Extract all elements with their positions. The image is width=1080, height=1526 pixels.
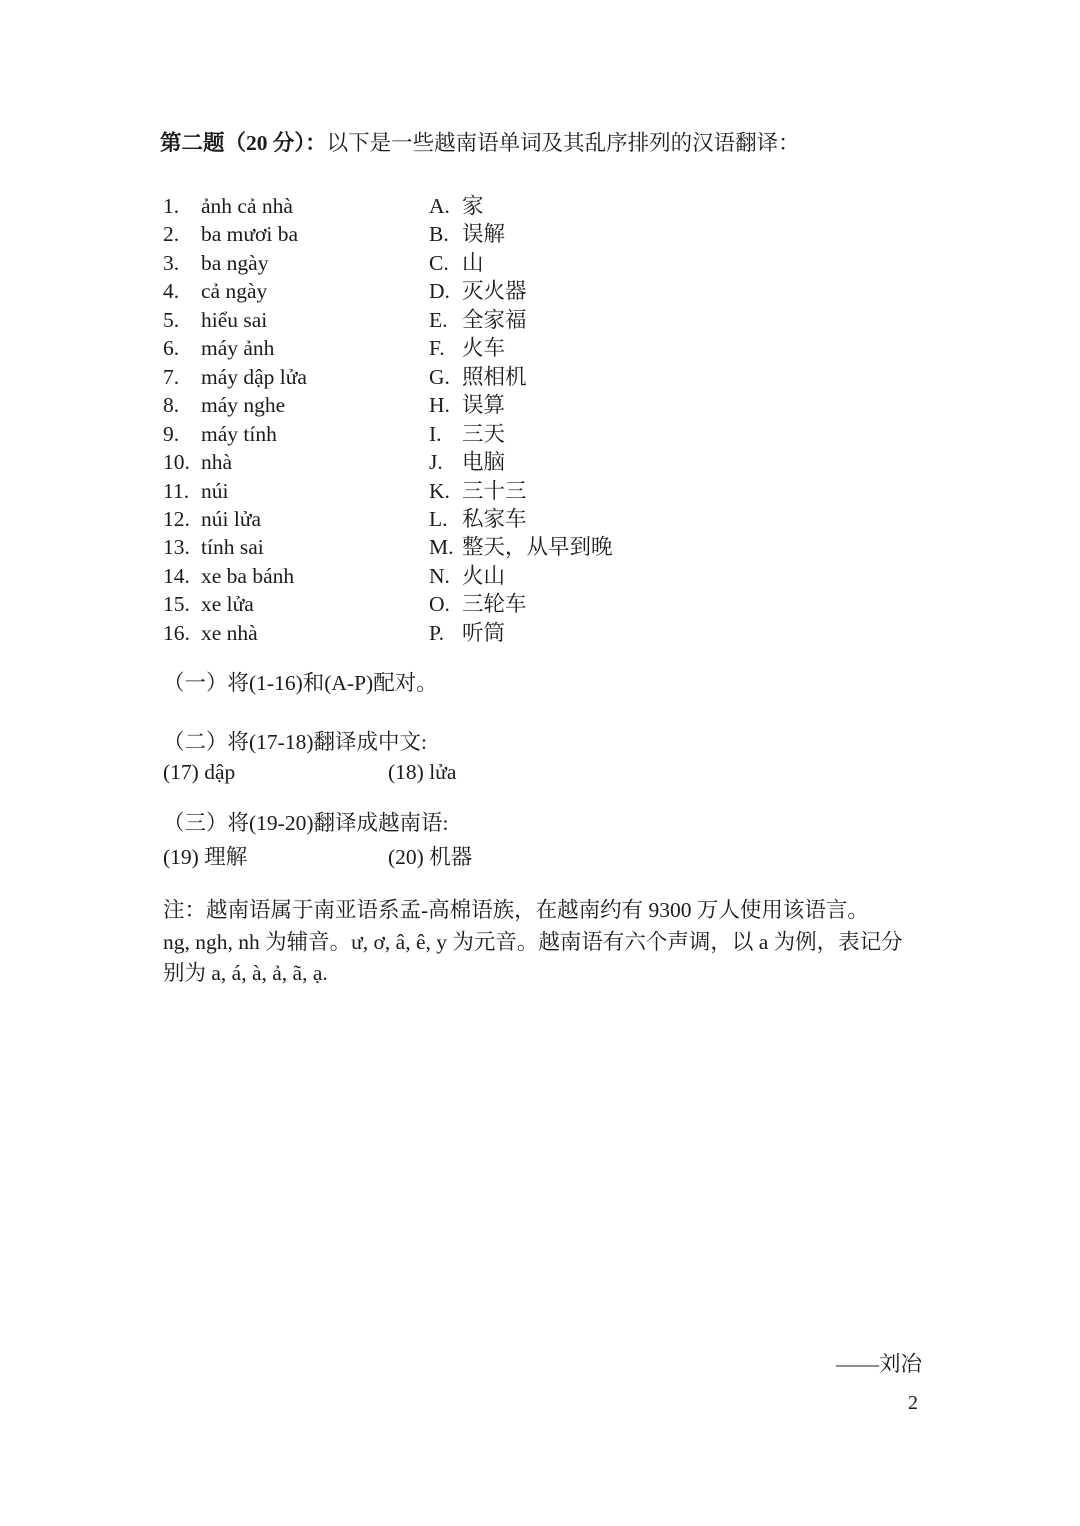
question-20: (20) 机器 [388,845,472,869]
vocab-chinese: 误算 [462,391,505,419]
vocab-letter: G. [429,363,462,391]
vocab-vietnamese: núi [201,477,429,505]
vocab-letter: P. [429,619,462,647]
vocab-row: 2.ba mươi baB.误解 [163,220,943,248]
vocab-chinese: 火车 [462,334,505,362]
vocab-number: 14. [163,562,201,590]
vocab-number: 1. [163,192,201,220]
document-page: 第二题（20 分）：以下是一些越南语单词及其乱序排列的汉语翻译： 1.ảnh c… [0,0,1080,1526]
vocab-number: 12. [163,505,201,533]
vocab-vietnamese: máy dập lửa [201,363,429,391]
vocab-letter: A. [429,192,462,220]
vocab-chinese: 家 [462,192,484,220]
page-number: 2 [908,1392,918,1415]
section-part3-heading: （三）将(19-20)翻译成越南语: [163,808,448,838]
question-title-text: 以下是一些越南语单词及其乱序排列的汉语翻译： [327,131,800,155]
vocab-vietnamese: nhà [201,448,429,476]
vocab-row: 15.xe lửaO.三轮车 [163,590,943,618]
vocab-vietnamese: núi lửa [201,505,429,533]
question-title: 第二题（20 分）：以下是一些越南语单词及其乱序排列的汉语翻译： [160,128,800,158]
vocab-row: 1.ảnh cả nhàA.家 [163,192,943,220]
vocab-vietnamese: máy nghe [201,391,429,419]
vocab-chinese: 电脑 [462,448,505,476]
vocab-letter: C. [429,249,462,277]
vocab-chinese: 火山 [462,562,505,590]
questions-17-18: (17) dập(18) lửa [163,757,456,787]
vocab-number: 2. [163,220,201,248]
vocab-row: 7.máy dập lửaG.照相机 [163,363,943,391]
question-19: (19) 理解 [163,842,388,872]
vocab-vietnamese: cả ngày [201,277,429,305]
vocab-row: 6.máy ảnhF.火车 [163,334,943,362]
questions-19-20: (19) 理解(20) 机器 [163,842,472,872]
vocab-chinese: 整天，从早到晚 [462,533,613,561]
vocab-letter: M. [429,533,462,561]
vocab-number: 7. [163,363,201,391]
vocab-vietnamese: ba ngày [201,249,429,277]
vocab-number: 9. [163,420,201,448]
vocab-letter: I. [429,420,462,448]
footnote-line-3: 别为 a, á, à, ả, ã, ạ. [163,958,903,990]
vocab-vietnamese: ảnh cả nhà [201,192,429,220]
vocab-row: 4.cả ngàyD.灭火器 [163,277,943,305]
vocab-vietnamese: hiểu sai [201,306,429,334]
vocab-chinese: 全家福 [462,306,527,334]
vocab-chinese: 三天 [462,420,505,448]
vocab-row: 14.xe ba bánhN.火山 [163,562,943,590]
vocab-list: 1.ảnh cả nhàA.家 2.ba mươi baB.误解 3.ba ng… [163,192,943,647]
vocab-letter: E. [429,306,462,334]
question-title-number: 第二题（20 分）： [160,131,327,155]
vocab-letter: N. [429,562,462,590]
vocab-vietnamese: xe ba bánh [201,562,429,590]
footnote-line-2: ng, ngh, nh 为辅音。ư, ơ, â, ê, y 为元音。越南语有六个… [163,927,903,959]
vocab-number: 11. [163,477,201,505]
vocab-row: 13.tính saiM.整天，从早到晚 [163,533,943,561]
vocab-number: 15. [163,590,201,618]
question-17: (17) dập [163,757,388,787]
vocab-chinese: 误解 [462,220,505,248]
footnote-line-1: 注：越南语属于南亚语系孟-高棉语族，在越南约有 9300 万人使用该语言。 [163,895,903,927]
vocab-chinese: 山 [462,249,484,277]
vocab-row: 3.ba ngàyC.山 [163,249,943,277]
vocab-number: 3. [163,249,201,277]
vocab-number: 16. [163,619,201,647]
vocab-chinese: 听筒 [462,619,505,647]
footnote: 注：越南语属于南亚语系孟-高棉语族，在越南约有 9300 万人使用该语言。 ng… [163,895,903,990]
vocab-number: 5. [163,306,201,334]
vocab-letter: F. [429,334,462,362]
vocab-letter: O. [429,590,462,618]
vocab-letter: K. [429,477,462,505]
vocab-vietnamese: máy ảnh [201,334,429,362]
author-signature: ——刘冶 [836,1347,922,1378]
vocab-chinese: 私家车 [462,505,527,533]
vocab-row: 10.nhàJ.电脑 [163,448,943,476]
vocab-chinese: 灭火器 [462,277,527,305]
vocab-chinese: 三十三 [462,477,527,505]
vocab-number: 4. [163,277,201,305]
vocab-vietnamese: ba mươi ba [201,220,429,248]
vocab-letter: H. [429,391,462,419]
vocab-vietnamese: tính sai [201,533,429,561]
vocab-row: 5.hiểu saiE.全家福 [163,306,943,334]
vocab-number: 13. [163,533,201,561]
vocab-row: 8.máy ngheH.误算 [163,391,943,419]
vocab-row: 12.núi lửaL.私家车 [163,505,943,533]
section-part1-heading: （一）将(1-16)和(A-P)配对。 [163,668,438,698]
vocab-chinese: 照相机 [462,363,527,391]
vocab-letter: J. [429,448,462,476]
vocab-letter: L. [429,505,462,533]
vocab-letter: B. [429,220,462,248]
question-18: (18) lửa [388,760,456,784]
vocab-vietnamese: xe lửa [201,590,429,618]
vocab-row: 16.xe nhàP.听筒 [163,619,943,647]
vocab-row: 11.núiK.三十三 [163,477,943,505]
vocab-vietnamese: máy tính [201,420,429,448]
vocab-chinese: 三轮车 [462,590,527,618]
vocab-number: 8. [163,391,201,419]
vocab-vietnamese: xe nhà [201,619,429,647]
vocab-row: 9.máy tínhI.三天 [163,420,943,448]
section-part2-heading: （二）将(17-18)翻译成中文: [163,727,427,757]
vocab-letter: D. [429,277,462,305]
vocab-number: 6. [163,334,201,362]
vocab-number: 10. [163,448,201,476]
